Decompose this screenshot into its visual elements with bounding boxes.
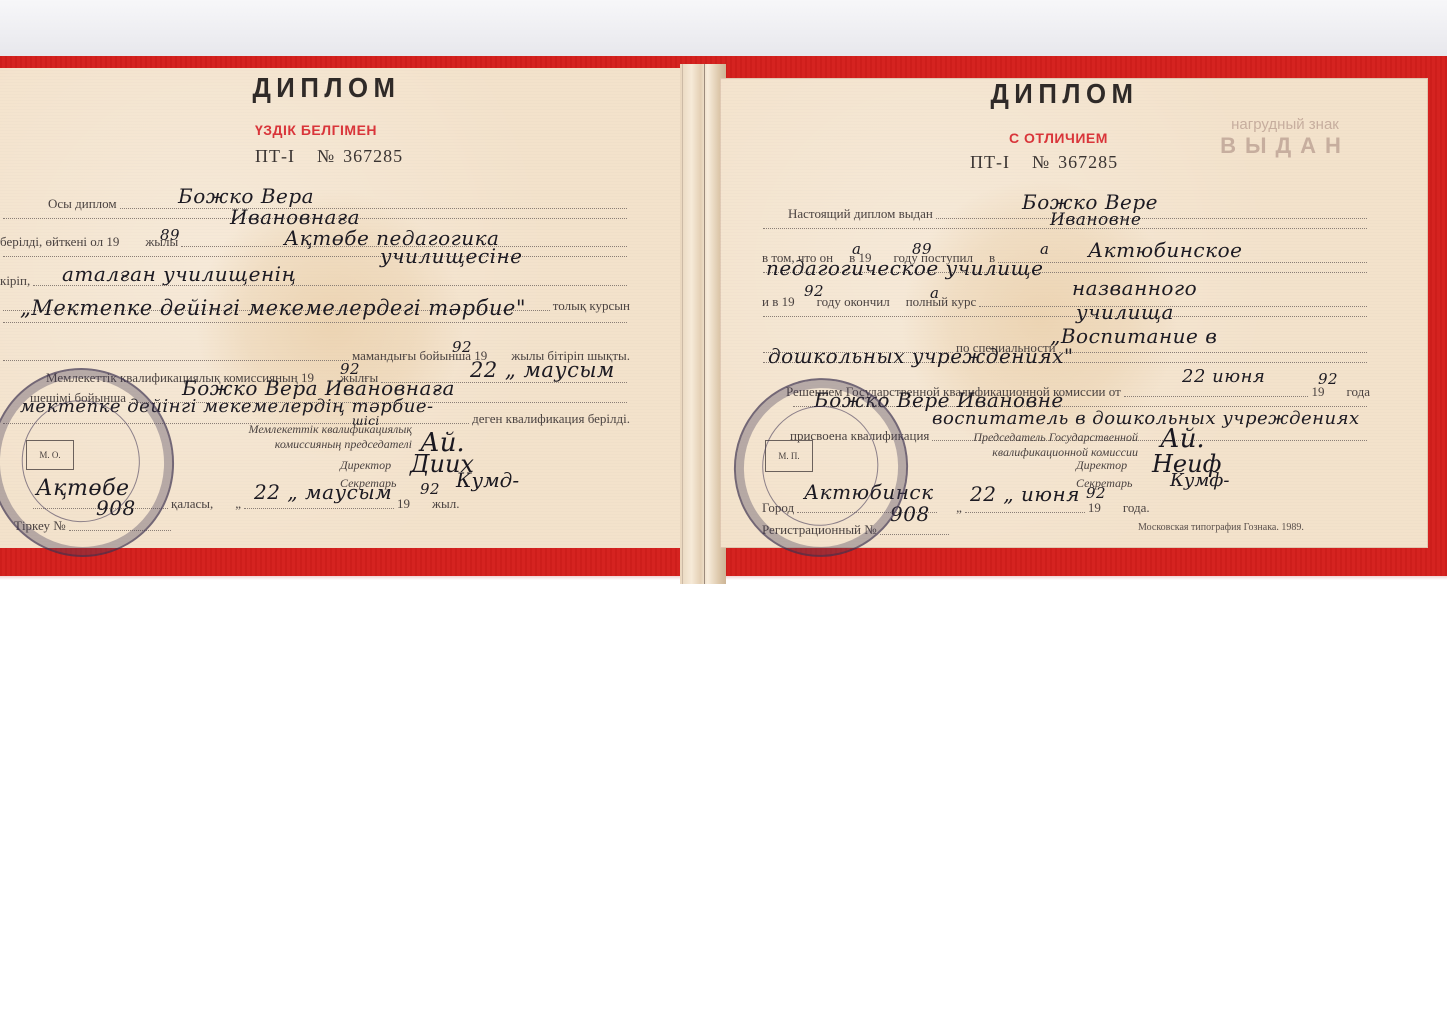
secretary-signature: Кумд-: [456, 468, 519, 492]
handwritten-school-cont: училищесіне: [380, 244, 523, 268]
label: Председатель Государственной: [900, 430, 1138, 445]
handwritten-school-cont: педагогическое училище: [766, 256, 1044, 280]
seal-inner-ring: [14, 393, 148, 530]
handwritten-commission-date: 22 июня: [1182, 366, 1265, 387]
handwritten-course: названного: [1072, 276, 1197, 300]
number-sign: №: [1032, 152, 1050, 172]
fold-line: [704, 64, 705, 584]
quote: „: [235, 496, 241, 512]
label: толық курсын: [553, 298, 630, 314]
label: и в 19: [762, 294, 795, 310]
serial-number: ПТ-I№367285: [255, 146, 403, 167]
serial-number: ПТ-I№367285: [970, 152, 1118, 173]
label: қаласы,: [171, 496, 213, 512]
line-blank: [760, 316, 1370, 320]
handwritten-year: 92: [420, 480, 440, 498]
handwritten-course-cont: училища: [1076, 300, 1174, 324]
label: 19: [397, 496, 410, 512]
director-label: Директор: [340, 458, 391, 473]
dotted-line: [763, 316, 1367, 317]
fold-line: [682, 64, 683, 584]
printer-imprint: Московская типография Гознака. 1989.: [1138, 522, 1304, 533]
handwritten-named-school: аталған училищенің: [62, 262, 296, 286]
secretary-signature: Кумф-: [1170, 470, 1229, 491]
handwritten-commission-year: 92: [1318, 370, 1338, 388]
handwritten-date: 22 „ маусым: [254, 480, 392, 504]
director-label: Директор: [1076, 458, 1127, 473]
official-seal: [0, 356, 186, 569]
quote: „: [956, 500, 962, 516]
line-graduated: и в 19 году окончил полный курс: [762, 294, 1370, 310]
handwritten-year: 92: [1086, 484, 1106, 502]
dotted-line: [3, 360, 349, 361]
dotted-line: [936, 218, 1367, 219]
left-page-kazakh: ДИПЛОМ ҮЗДІК БЕЛГІМЕН ПТ-I№367285 Осы ди…: [0, 68, 700, 548]
chair-label: Председатель Государственной квалификаци…: [900, 430, 1138, 460]
handwritten-specialty-cont: дошкольных учреждениях": [768, 344, 1074, 368]
handwritten-commission-date: 22 „ маусым: [470, 358, 615, 382]
badge-issued-stamp: нагрудный знак ВЫДАН: [1190, 116, 1380, 159]
page-title: ДИПЛОМ: [252, 72, 400, 104]
label: 19: [1088, 500, 1101, 516]
handwritten-specialty: „Мектепке дейінгі мекемелердегі тәрбие": [20, 296, 526, 320]
handwritten-school: Актюбинское: [1088, 238, 1242, 262]
label: деген квалификация берілді.: [472, 411, 630, 427]
honors-subtitle: ҮЗДІК БЕЛГІМЕН: [255, 122, 377, 138]
label: полный курс: [906, 294, 977, 310]
label: жыл.: [432, 496, 459, 512]
honors-subtitle: С ОТЛИЧИЕМ: [1009, 130, 1108, 146]
page-title: ДИПЛОМ: [990, 78, 1138, 110]
handwritten-gender-ending: а: [930, 284, 939, 302]
line-blank: [0, 256, 630, 260]
diploma-number: 367285: [343, 146, 403, 166]
label: комиссияның председателі: [180, 437, 412, 452]
stamp-line: ВЫДАН: [1190, 133, 1380, 159]
line-blank: [0, 322, 630, 326]
label: кіріп,: [0, 273, 30, 289]
dotted-line: [3, 322, 627, 323]
dotted-line: [965, 512, 1085, 513]
series: ПТ-I: [970, 152, 1010, 172]
handwritten-grad-year: 92: [452, 338, 472, 356]
handwritten-date: 22 „ июня: [970, 482, 1080, 506]
label: Настоящий диплом выдан: [788, 206, 933, 222]
dotted-line: [1124, 396, 1309, 397]
seal-inner-ring: [753, 397, 888, 535]
stamp-line: нагрудный знак: [1190, 116, 1380, 133]
label: года: [1346, 384, 1370, 400]
label: Мемлекеттік квалификациялық: [180, 422, 412, 437]
label: году окончил: [817, 294, 890, 310]
dotted-line: [244, 508, 394, 509]
series: ПТ-I: [255, 146, 295, 166]
background-top: [0, 0, 1447, 58]
diploma-number: 367285: [1058, 152, 1118, 172]
label: года.: [1123, 500, 1150, 516]
number-sign: №: [317, 146, 335, 166]
label: берілді, өйткені ол 19: [0, 234, 119, 250]
label: Осы диплом: [48, 196, 117, 212]
handwritten-patronymic: Ивановне: [1050, 210, 1141, 230]
handwritten-grad-year: 92: [804, 282, 824, 300]
handwritten-specialty: „Воспитание в: [1050, 324, 1217, 348]
dotted-line: [998, 262, 1367, 263]
handwritten-qualification: воспитатель в дошкольных учреждениях: [932, 408, 1360, 429]
dotted-line: [880, 534, 949, 535]
chair-label: Мемлекеттік квалификациялық комиссияның …: [180, 422, 412, 452]
handwritten-year: 89: [160, 226, 180, 244]
right-page-russian: ДИПЛОМ С ОТЛИЧИЕМ ПТ-I№367285 нагрудный …: [720, 78, 1428, 548]
dotted-line: [120, 208, 627, 209]
dotted-line: [3, 256, 627, 257]
dotted-line: [1059, 352, 1367, 353]
